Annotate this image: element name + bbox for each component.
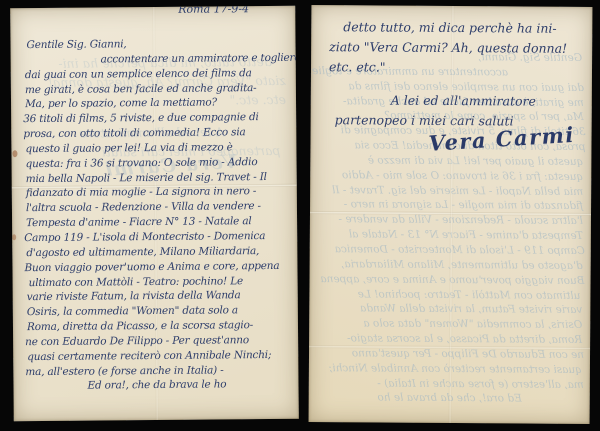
paper-blemish (12, 234, 16, 240)
handwriting-line: me girati, è cosa ben facile ed anche gr… (23, 80, 293, 97)
handwriting-line: Ed ora!, che da brava le ho (25, 377, 295, 394)
letter-body-page-2: detto tutto, mi dica perchè ha ini-ziato… (325, 17, 589, 131)
letter-body-page-1: Gentile Sig. Gianni,accontentare un ammi… (22, 36, 295, 395)
letter-page-right: Gentile Sig. Gianni,accontentare un ammi… (309, 5, 593, 424)
handwriting-line: 36 titoli di films, 5 riviste, e due com… (23, 110, 293, 127)
date-line: Roma 17-9-4 (178, 6, 249, 17)
handwriting-line: accontentare un ammiratore e togliere le… (23, 51, 293, 68)
letter-page-left: detto tutto, mi dica perchè ha ini-ziato… (10, 6, 299, 421)
handwriting-line: Buon viaggio pover'uomo e Anima e core, … (24, 258, 294, 275)
handwriting-line: l'altra scuola - Redenzione - Villa da v… (24, 199, 294, 216)
handwriting-line: quasi certamente reciterò con Annibale N… (25, 347, 295, 364)
letter-scan-background: detto tutto, mi dica perchè ha ini-ziato… (0, 0, 600, 431)
handwriting-line: detto tutto, mi dica perchè ha ini- (325, 17, 588, 39)
handwriting-line: ziato "Vera Carmi? Ah, questa donna! (325, 37, 588, 59)
paper-blemish (12, 150, 17, 157)
handwriting-line: A lei ed all'ammiratore (325, 90, 588, 112)
handwriting-line: etc. etc." (325, 57, 588, 79)
